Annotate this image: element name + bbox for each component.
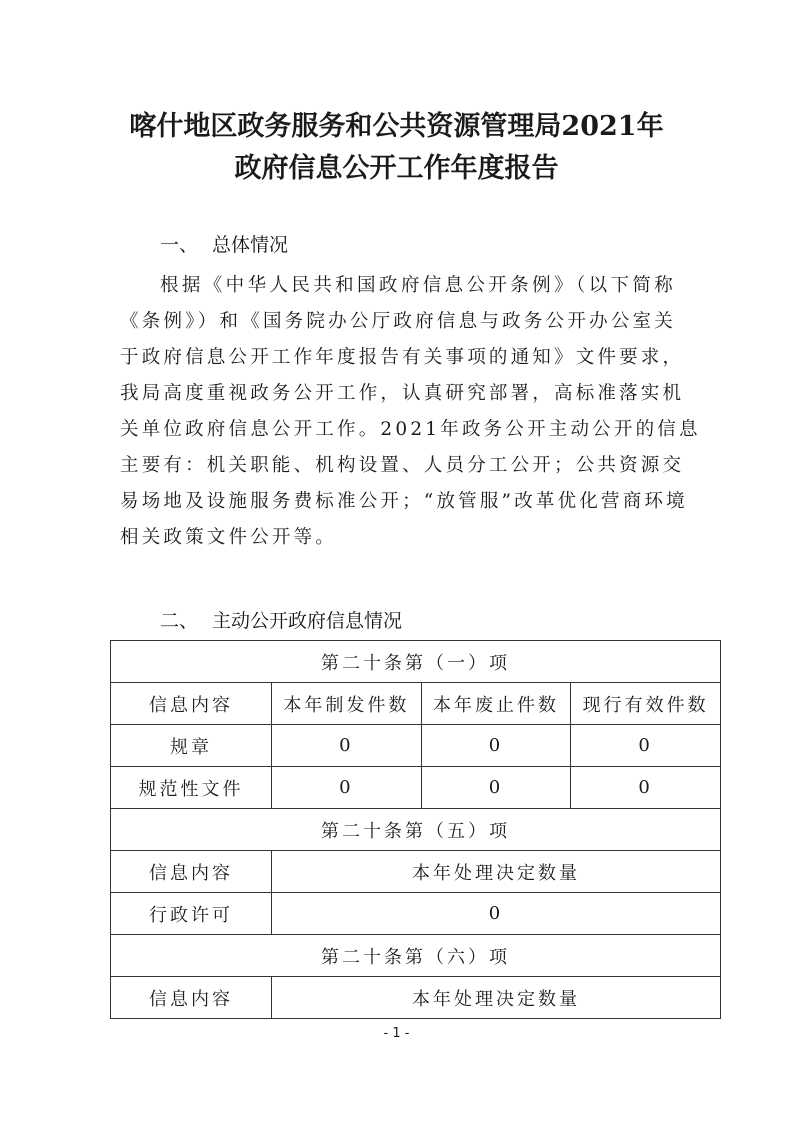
section2-number: 二、	[160, 610, 198, 632]
column-header: 现行有效件数	[571, 683, 721, 725]
art20-1-title: 第二十条第（一）项	[111, 641, 721, 683]
document-title-line1: 喀什地区政务服务和公共资源管理局2021年	[0, 104, 793, 143]
column-header: 本年处理决定数量	[272, 977, 721, 1019]
table-row: 规范性文件 0 0 0	[111, 767, 721, 809]
column-header: 本年处理决定数量	[272, 851, 721, 893]
table-row: 第二十条第（五）项	[111, 809, 721, 851]
table-row: 第二十条第（一）项	[111, 641, 721, 683]
row-label: 规章	[111, 725, 272, 767]
table-header-row: 信息内容 本年制发件数 本年废止件数 现行有效件数	[111, 683, 721, 725]
table-cell: 0	[571, 725, 721, 767]
art20-6-title: 第二十条第（六）项	[111, 935, 721, 977]
table-header-row: 信息内容 本年处理决定数量	[111, 977, 721, 1019]
section1-paragraph: 根据《中华人民共和国政府信息公开条例》（以下简称 《条例》）和《国务院办公厅政府…	[120, 268, 676, 556]
paragraph-line: 关单位政府信息公开工作。2021年政务公开主动公开的信息	[120, 412, 676, 448]
proactive-disclosure-table: 第二十条第（一）项 信息内容 本年制发件数 本年废止件数 现行有效件数 规章 0…	[110, 640, 721, 1019]
paragraph-line: 于政府信息公开工作年度报告有关事项的通知》文件要求，	[120, 340, 676, 376]
table-header-row: 信息内容 本年处理决定数量	[111, 851, 721, 893]
paragraph-line: 相关政策文件公开等。	[120, 520, 676, 556]
column-header: 信息内容	[111, 851, 272, 893]
paragraph-line: 《条例》）和《国务院办公厅政府信息与政务公开办公室关	[120, 304, 676, 340]
art20-5-title: 第二十条第（五）项	[111, 809, 721, 851]
column-header: 信息内容	[111, 977, 272, 1019]
section1-title: 总体情况	[212, 234, 288, 256]
table-cell: 0	[272, 725, 422, 767]
section1-heading: 一、总体情况	[160, 230, 288, 257]
paragraph-line: 主要有：机关职能、机构设置、人员分工公开；公共资源交	[120, 448, 676, 484]
section2-title: 主动公开政府信息情况	[212, 610, 402, 632]
table-row: 第二十条第（六）项	[111, 935, 721, 977]
paragraph-line: 根据《中华人民共和国政府信息公开条例》（以下简称	[120, 268, 676, 304]
paragraph-line: 我局高度重视政务公开工作，认真研究部署，高标准落实机	[120, 376, 676, 412]
table-cell: 0	[272, 893, 721, 935]
column-header: 本年废止件数	[421, 683, 571, 725]
section2-heading: 二、主动公开政府信息情况	[160, 606, 402, 633]
row-label: 规范性文件	[111, 767, 272, 809]
row-label: 行政许可	[111, 893, 272, 935]
column-header: 信息内容	[111, 683, 272, 725]
table-cell: 0	[571, 767, 721, 809]
table-cell: 0	[421, 767, 571, 809]
column-header: 本年制发件数	[272, 683, 422, 725]
section1-number: 一、	[160, 234, 198, 256]
page-number: - 1 -	[0, 1026, 793, 1041]
table-row: 规章 0 0 0	[111, 725, 721, 767]
table-cell: 0	[421, 725, 571, 767]
table-cell: 0	[272, 767, 422, 809]
document-title-line2: 政府信息公开工作年度报告	[0, 146, 793, 185]
table-row: 行政许可 0	[111, 893, 721, 935]
paragraph-line: 易场地及设施服务费标准公开；“放管服”改革优化营商环境	[120, 484, 676, 520]
